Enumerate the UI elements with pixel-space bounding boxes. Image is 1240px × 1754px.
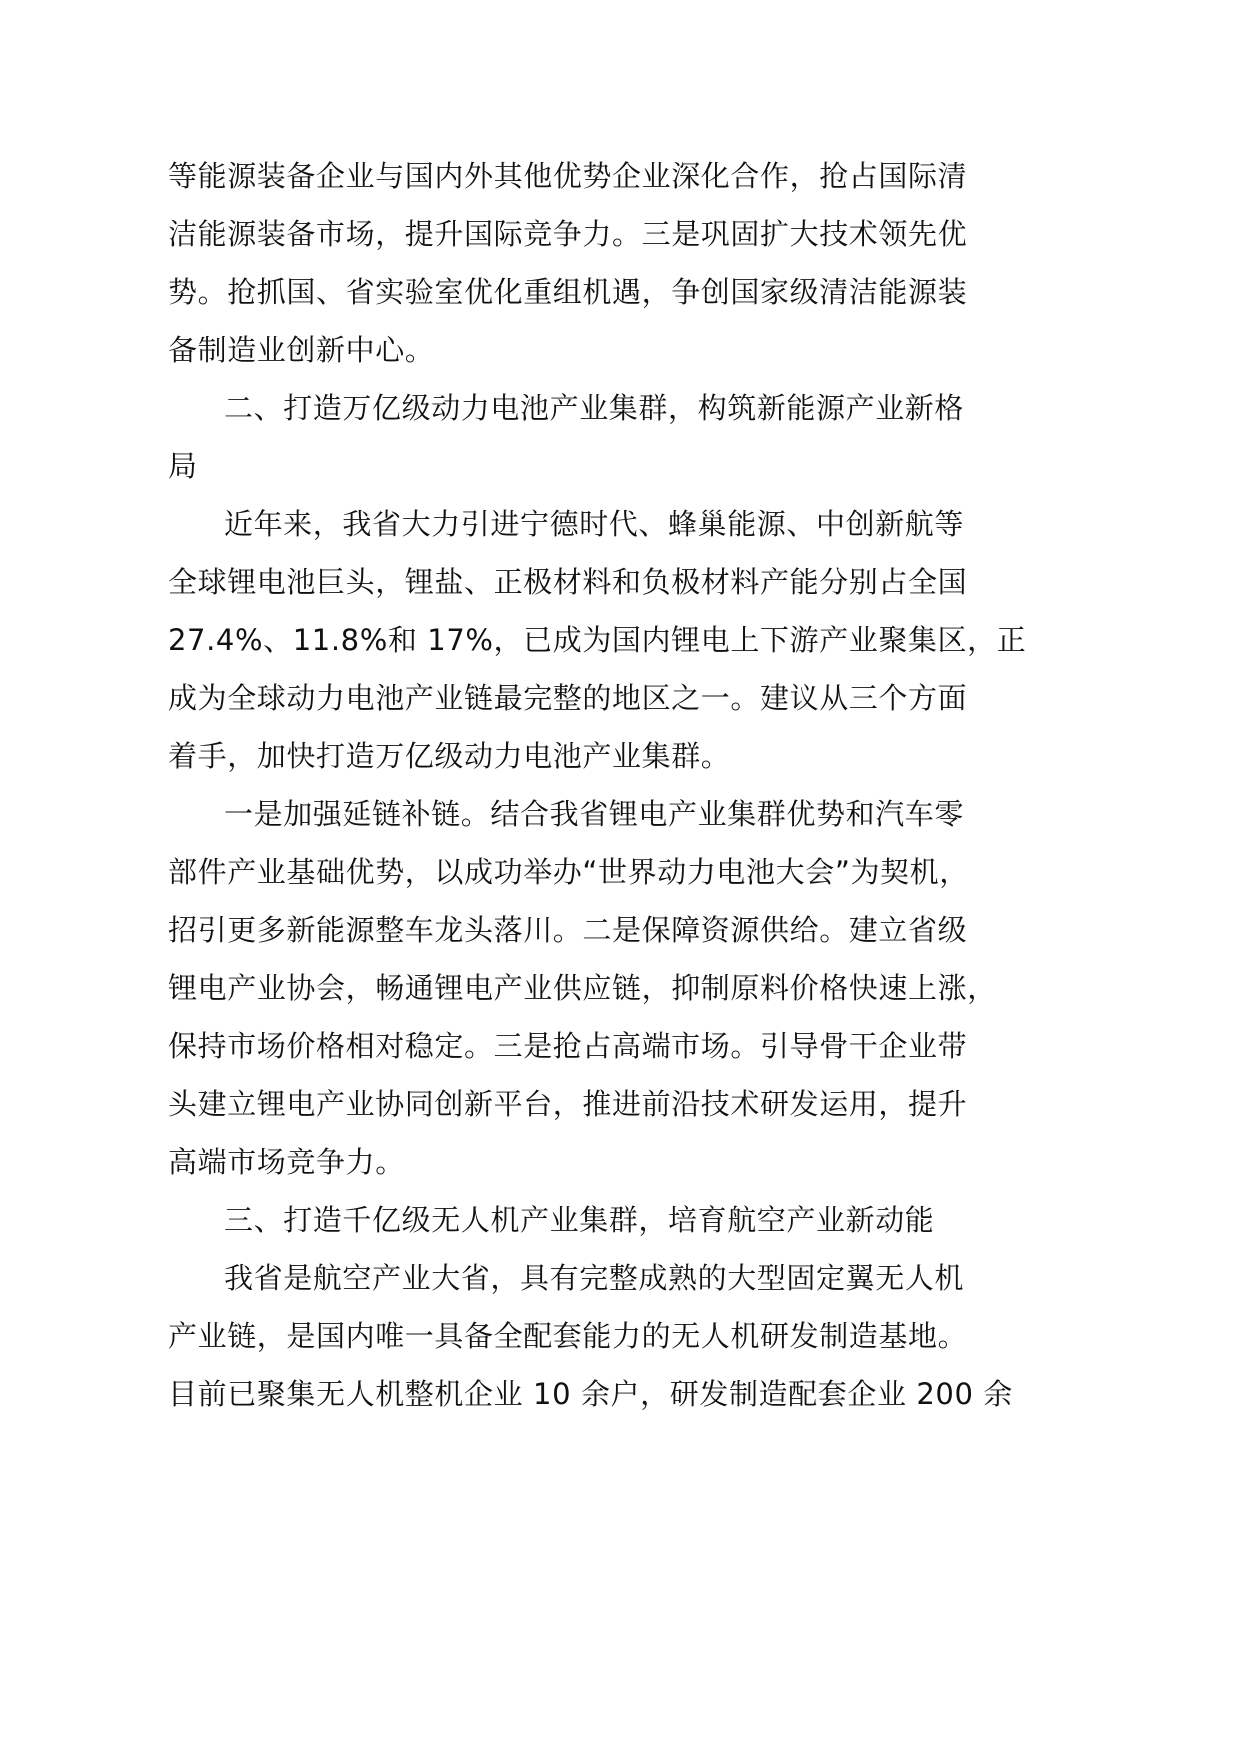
text-line: 高端市场竞争力。 — [168, 1144, 968, 1180]
text-line: 着手，加快打造万亿级动力电池产业集群。 — [168, 738, 968, 774]
section-heading-3: 三、打造千亿级无人机产业集群，培育航空产业新动能 — [224, 1202, 1024, 1238]
text-line: 锂电产业协会，畅通锂电产业供应链，抑制原料价格快速上涨， — [168, 970, 968, 1006]
text-line: 一是加强延链补链。结合我省锂电产业集群优势和汽车零 — [224, 796, 1024, 832]
text-line: 全球锂电池巨头，锂盐、正极材料和负极材料产能分别占全国 — [168, 564, 968, 600]
text-line: 招引更多新能源整车龙头落川。二是保障资源供给。建立省级 — [168, 912, 968, 948]
document-page: 等能源装备企业与国内外其他优势企业深化合作，抢占国际清 洁能源装备市场，提升国际… — [0, 0, 1240, 1754]
text-line-statistics: 27.4%、11.8%和 17%，已成为国内锂电上下游产业聚集区，正 — [168, 622, 968, 658]
text-line: 我省是航空产业大省，具有完整成熟的大型固定翼无人机 — [224, 1260, 1024, 1296]
text-line: 等能源装备企业与国内外其他优势企业深化合作，抢占国际清 — [168, 158, 968, 194]
section-heading-2: 二、打造万亿级动力电池产业集群，构筑新能源产业新格 — [224, 390, 1024, 426]
text-line: 头建立锂电产业协同创新平台，推进前沿技术研发运用，提升 — [168, 1086, 968, 1122]
text-line: 成为全球动力电池产业链最完整的地区之一。建议从三个方面 — [168, 680, 968, 716]
text-line: 备制造业创新中心。 — [168, 332, 968, 368]
text-line: 势。抢抓国、省实验室优化重组机遇，争创国家级清洁能源装 — [168, 274, 968, 310]
text-line: 洁能源装备市场，提升国际竞争力。三是巩固扩大技术领先优 — [168, 216, 968, 252]
text-line: 产业链，是国内唯一具备全配套能力的无人机研发制造基地。 — [168, 1318, 968, 1354]
text-line: 目前已聚集无人机整机企业 10 余户，研发制造配套企业 200 余 — [168, 1376, 968, 1412]
text-line: 部件产业基础优势，以成功举办“世界动力电池大会”为契机， — [168, 854, 968, 890]
text-line: 保持市场价格相对稳定。三是抢占高端市场。引导骨干企业带 — [168, 1028, 968, 1064]
text-line: 近年来，我省大力引进宁德时代、蜂巢能源、中创新航等 — [224, 506, 1024, 542]
section-heading-2-continued: 局 — [168, 448, 968, 484]
